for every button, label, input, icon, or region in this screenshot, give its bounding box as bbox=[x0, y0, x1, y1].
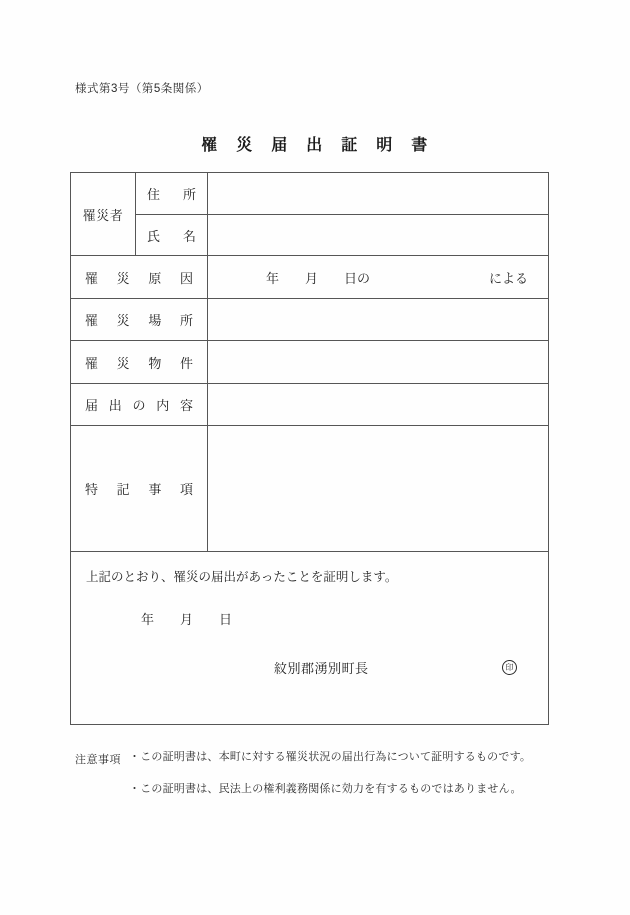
property-label: 罹災物件 bbox=[85, 353, 193, 372]
disaster-certificate-table: 罹災者 住所 氏名 罹災原因 年 月 日の によ bbox=[70, 172, 549, 725]
name-label: 氏名 bbox=[147, 226, 196, 245]
notes-items: ・この証明書は、本町に対する罹災状況の届出行為について証明するものです。 ・この… bbox=[129, 751, 531, 796]
seal-icon: 印 bbox=[502, 660, 517, 675]
cause-date-placeholder: 年 月 日の bbox=[266, 268, 370, 287]
cause-label: 罹災原因 bbox=[85, 268, 193, 287]
mayor-signature-row: 紋別郡湧別町長 印 bbox=[71, 658, 548, 677]
report-label-cell: 届出の内容 bbox=[71, 384, 208, 426]
notes-label: 注意事項 bbox=[75, 751, 121, 796]
cause-value-line: 年 月 日の による bbox=[208, 268, 548, 287]
cause-label-cell: 罹災原因 bbox=[71, 256, 208, 299]
name-label-cell: 氏名 bbox=[136, 215, 208, 256]
victim-label-cell: 罹災者 bbox=[71, 173, 136, 256]
report-label: 届出の内容 bbox=[85, 395, 193, 414]
note-item: ・この証明書は、本町に対する罹災状況の届出行為について証明するものです。 bbox=[129, 751, 531, 764]
certification-cell: 上記のとおり、罹災の届出があったことを証明します。 年 月 日 紋別郡湧別町長 … bbox=[71, 552, 549, 725]
page-title: 罹 災 届 出 証 明 書 bbox=[0, 132, 630, 155]
address-label-cell: 住所 bbox=[136, 173, 208, 215]
address-value-cell bbox=[208, 173, 549, 215]
special-value-cell bbox=[208, 426, 549, 552]
name-value-cell bbox=[208, 215, 549, 256]
place-value-cell bbox=[208, 299, 549, 341]
note-item: ・この証明書は、民法上の権利義務関係に効力を有するものではありません。 bbox=[129, 783, 531, 796]
property-label-cell: 罹災物件 bbox=[71, 341, 208, 384]
special-label-cell: 特記事項 bbox=[71, 426, 208, 552]
document-page: 様式第3号（第5条関係） 罹 災 届 出 証 明 書 罹災者 住所 氏名 bbox=[0, 0, 630, 915]
report-value-cell bbox=[208, 384, 549, 426]
certification-date-line: 年 月 日 bbox=[71, 609, 548, 628]
place-label: 罹災場所 bbox=[85, 310, 193, 329]
cause-value-cell: 年 月 日の による bbox=[208, 256, 549, 299]
notes-section: 注意事項 ・この証明書は、本町に対する罹災状況の届出行為について証明するものです… bbox=[75, 751, 531, 796]
special-label: 特記事項 bbox=[85, 479, 193, 498]
cause-suffix: による bbox=[489, 268, 528, 287]
mayor-title: 紋別郡湧別町長 bbox=[274, 658, 369, 677]
address-label: 住所 bbox=[147, 184, 196, 203]
form-code-label: 様式第3号（第5条関係） bbox=[75, 80, 209, 96]
certification-statement: 上記のとおり、罹災の届出があったことを証明します。 bbox=[86, 569, 538, 586]
property-value-cell bbox=[208, 341, 549, 384]
place-label-cell: 罹災場所 bbox=[71, 299, 208, 341]
